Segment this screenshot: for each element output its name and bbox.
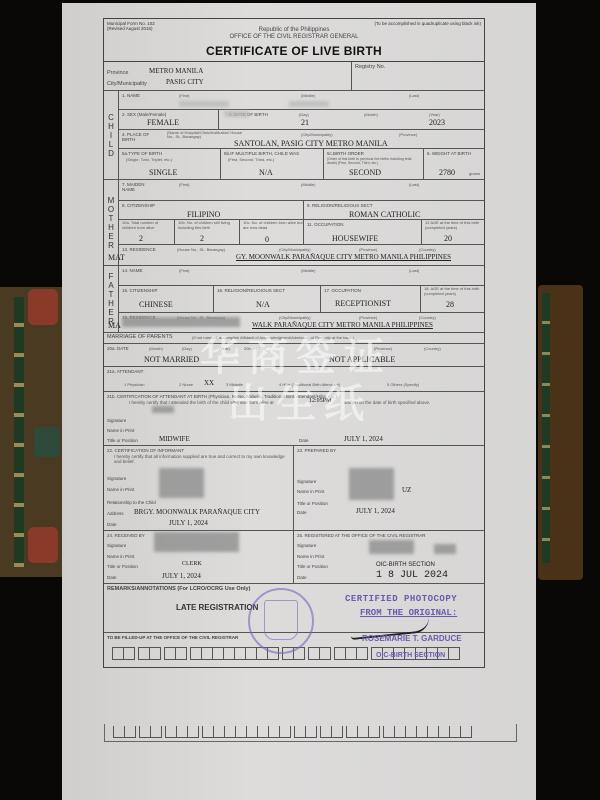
mother-age-value: 20 [444,234,452,243]
mat-pattern-flower [28,527,58,563]
mother-religion-value: ROMAN CATHOLIC [349,210,420,219]
page-title: CERTIFICATE OF LIVE BIRTH [104,44,484,58]
redacted-signature [154,532,239,552]
mother-residence-value: GY. MOONWALK PARAÑAQUE CITY METRO MANILA… [236,253,451,261]
redacted-text [224,111,249,117]
certifying-officer-title: OIC-BIRTH SECTION [376,652,445,659]
lower-box-frame [104,724,517,742]
attendant-title-value: MIDWIFE [159,435,190,443]
type-of-birth-value: SINGLE [149,168,177,177]
mother-occupation-value: HOUSEWIFE [332,234,378,243]
child-section: CHILD 1. NAME (First) (Middle) (Last) 2.… [104,91,484,180]
remarks-text: LATE REGISTRATION [176,603,258,612]
registry-no-label: Registry No. [355,64,385,70]
mat-pattern-flower [28,289,58,325]
redacted-signature [159,468,204,498]
code-box-group[interactable] [112,647,135,660]
redacted-signature [349,468,394,500]
father-age-value: 28 [446,300,454,309]
father-occupation-value: RECEPTIONIST [335,299,391,308]
children-born-alive-value: 2 [139,234,143,243]
redacted-name [289,101,329,107]
received-by-section: 24. RECEIVED BY Signature Name in Print … [104,531,294,583]
code-box-group[interactable] [334,647,368,660]
redacted-name [179,101,229,107]
code-box-group[interactable] [138,647,161,660]
form-header: Municipal Form No. 102 (Revised August 2… [104,19,484,62]
received-title-value: CLERK [182,561,202,567]
father-religion-value: N/A [256,300,270,309]
form-instruction: (To be accomplished in quadruplicate usi… [374,21,481,26]
prepared-by-section: 23. PREPARED BY Signature Name in Print … [294,446,484,530]
province-value: METRO MANILA [149,67,203,75]
informant-prepared-row: 22. CERTIFICATION OF INFORMANT I hereby … [104,446,484,531]
registered-section: 25. REGISTERED AT THE OFFICE OF THE CIVI… [294,531,484,583]
civil-registry-seal [248,588,314,654]
redacted-signature [152,406,174,413]
informant-section: 22. CERTIFICATION OF INFORMANT I hereby … [104,446,294,530]
multiple-birth-value: N/A [259,168,273,177]
attendant-date-value: JULY 1, 2024 [344,435,383,443]
sex-value: FEMALE [147,118,179,127]
birth-order-value: SECOND [349,168,381,177]
father-residence-prefix: MA [108,321,121,330]
children-dead-value: 0 [265,235,269,244]
child-section-label: CHILD [104,91,119,179]
code-box-group[interactable] [164,647,187,660]
certified-photocopy-stamp: CERTIFIED PHOTOCOPY [345,594,457,604]
mother-residence-prefix: MAT [108,253,125,262]
mother-citizenship-value: FILIPINO [187,210,220,219]
background-table-mat [0,287,62,577]
issuing-office: Republic of the Philippines OFFICE OF TH… [104,27,484,41]
informant-address-value: BRGY. MOONWALK PARAÑAQUE CITY [134,508,260,516]
mat-pattern-strip [14,297,24,567]
birth-year-value: 2023 [429,118,445,127]
seal-emblem [264,600,298,640]
code-box-group[interactable] [308,647,331,660]
received-registered-row: 24. RECEIVED BY Signature Name in Print … [104,531,484,584]
mat-pattern-strip [542,293,550,563]
birth-day-value: 21 [301,118,309,127]
location-row: Province METRO MANILA City/Municipality … [104,62,484,91]
birth-weight-value: 2780 [439,168,455,177]
certifying-officer-name: ROSEMARIE T. GARDUCE [362,634,462,643]
watermark-line2: 出生纸 [228,372,372,429]
redacted-signature [369,540,414,554]
mat-pattern-center [34,427,60,457]
place-of-birth-value: SANTOLAN, PASIG CITY METRO MANILA [234,139,388,148]
city-value: PASIG CITY [166,78,204,86]
prepared-date-value: JULY 1, 2024 [356,507,395,515]
marriage-date-value: NOT MARRIED [144,355,199,364]
children-living-value: 2 [200,234,204,243]
father-citizenship-value: CHINESE [139,300,173,309]
background-table-mat-right [538,285,583,580]
received-date-value: JULY 1, 2024 [162,572,201,580]
registered-title-value: OIC-BIRTH SECTION [376,562,435,568]
informant-date-value: JULY 1, 2024 [169,519,208,527]
redacted-signature [434,544,456,554]
from-original-stamp: FROM THE ORIGINAL: [360,608,457,618]
registered-date-value: 1 8 JUL 2024 [376,570,448,581]
